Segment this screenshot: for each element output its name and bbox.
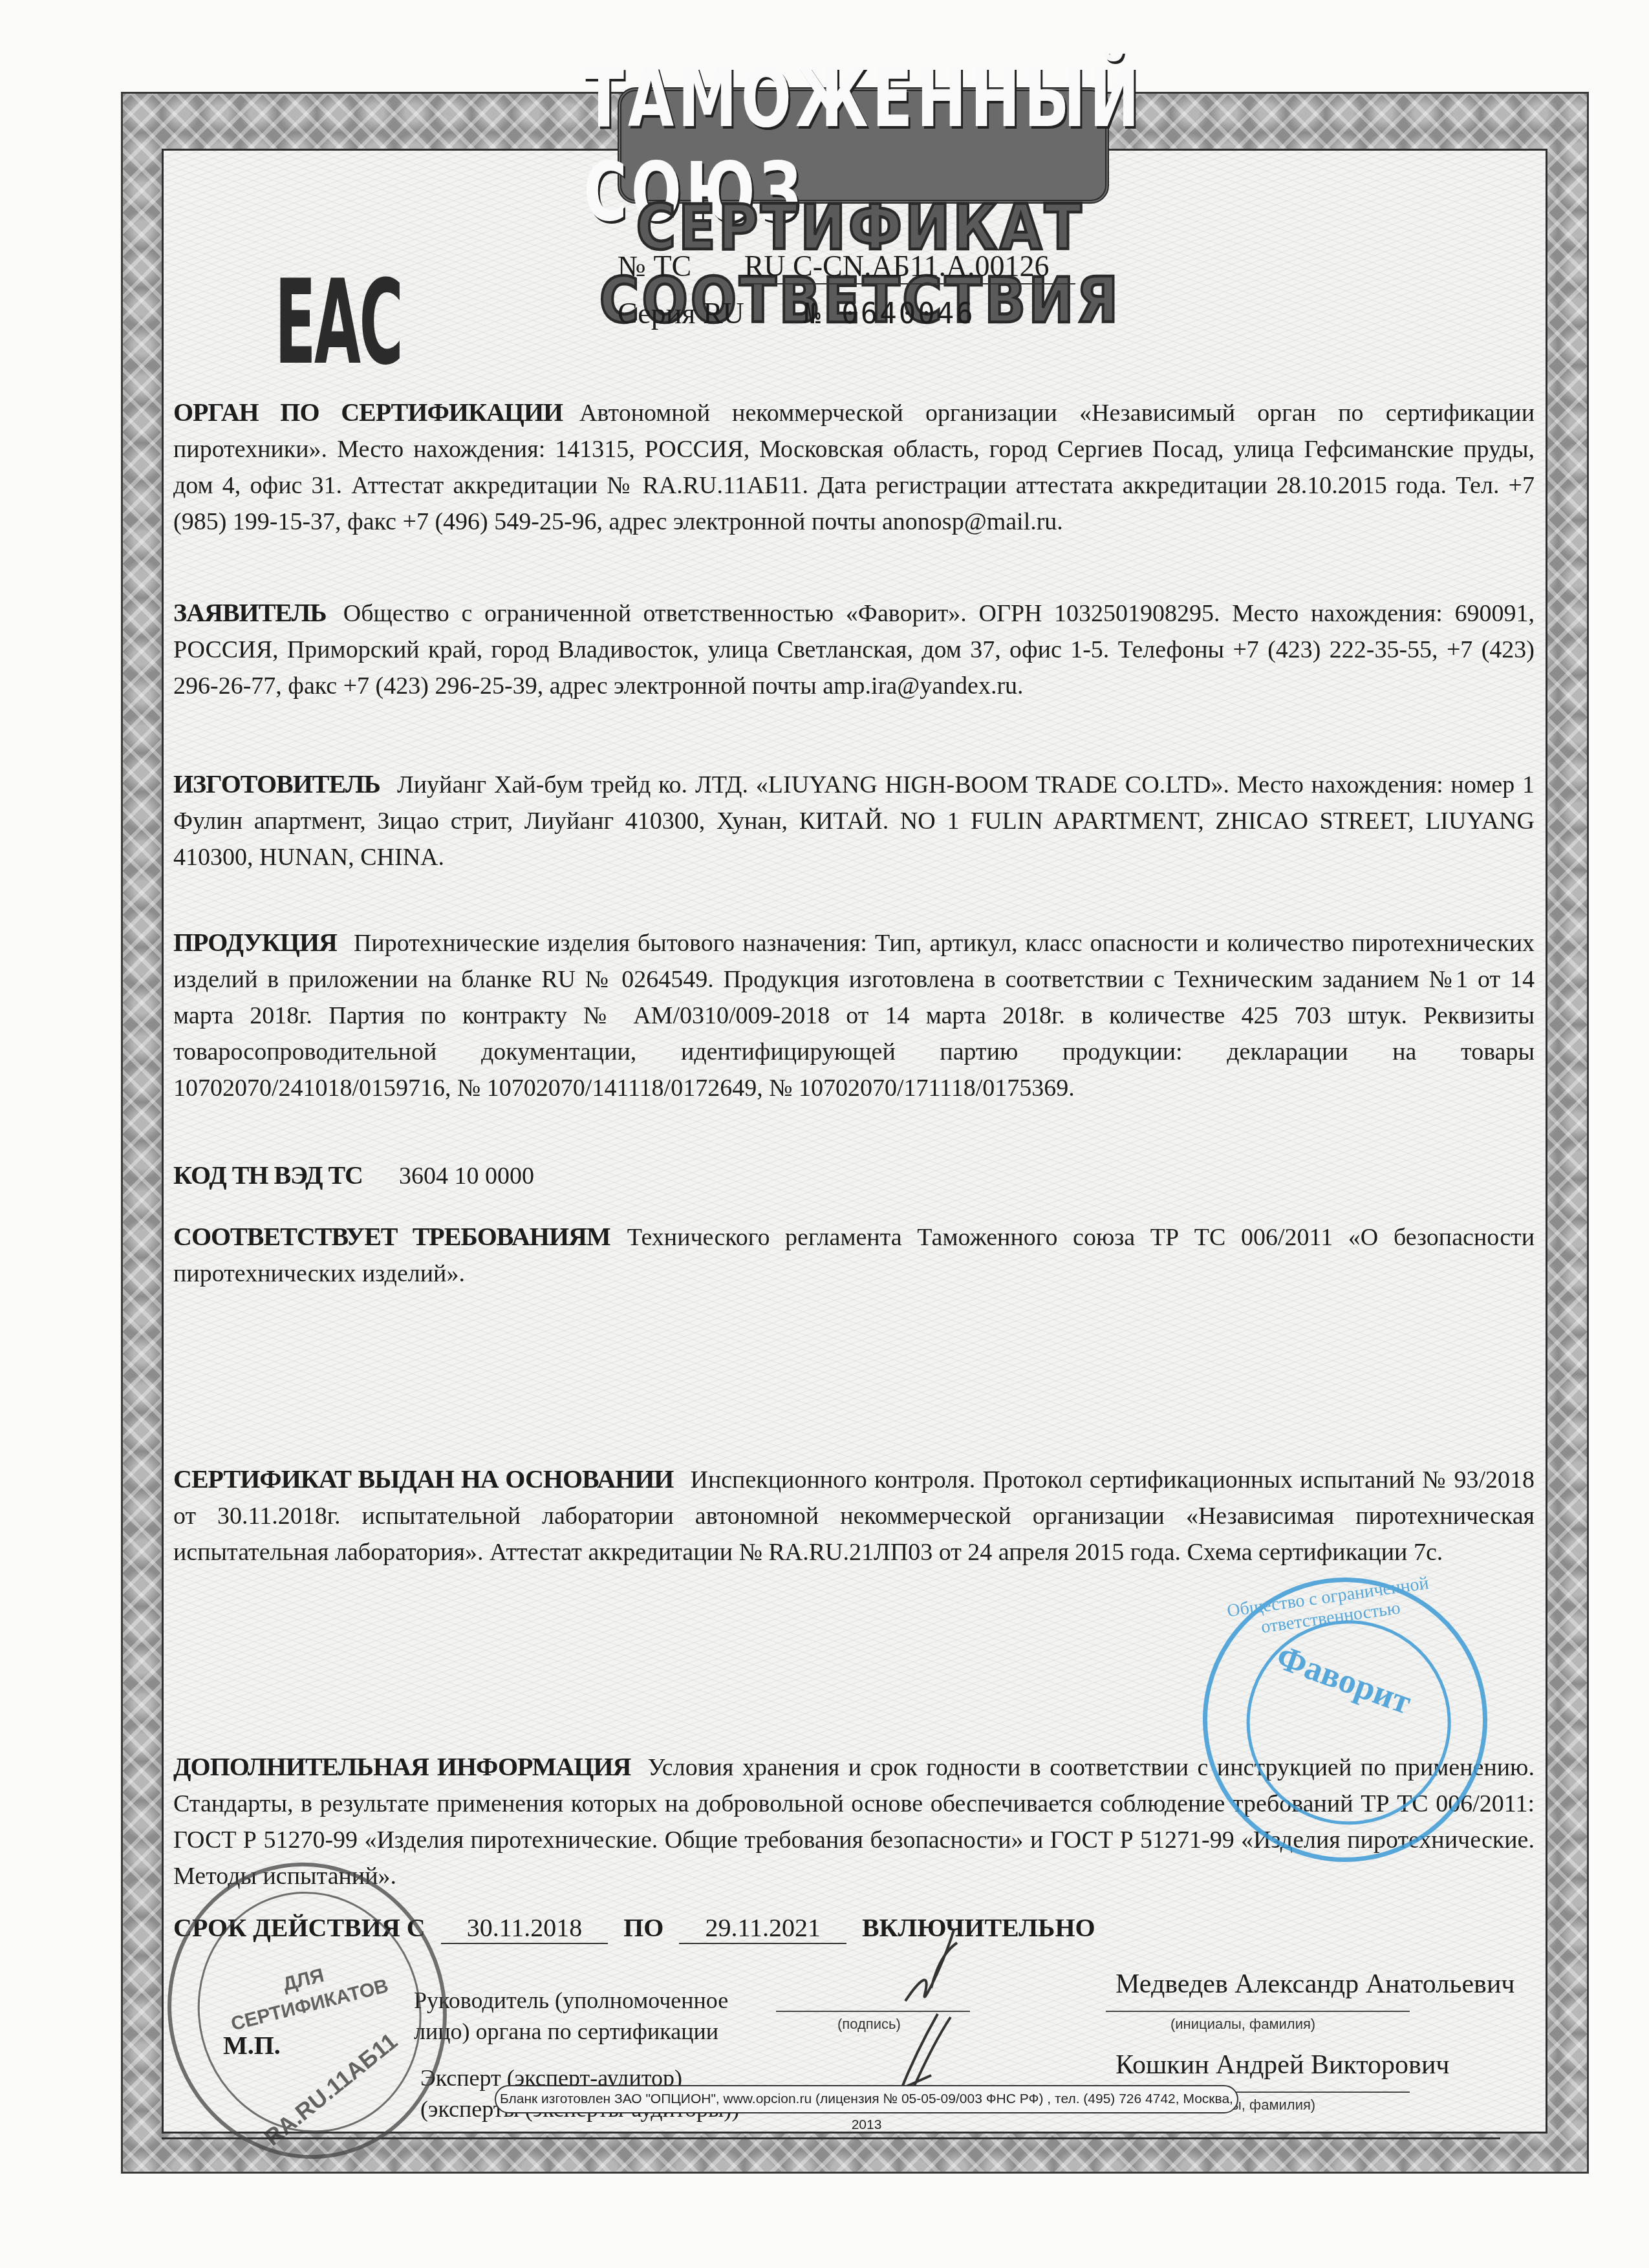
section-label: ДОПОЛНИТЕЛЬНАЯ ИНФОРМАЦИЯ [173, 1752, 630, 1781]
series-number: Серия RU № 0640046 [618, 296, 975, 330]
cert-number-label: № ТС [618, 250, 691, 283]
form-printer-note: Бланк изготовлен ЗАО "ОПЦИОН", www.opcio… [495, 2085, 1238, 2113]
validity-to-date: 29.11.2021 [679, 1912, 846, 1944]
section-label: СООТВЕТСТВУЕТ ТРЕБОВАНИЯМ [173, 1222, 610, 1251]
stamp-inner-ring [1233, 1607, 1464, 1838]
section-applicant: ЗАЯВИТЕЛЬОбщество с ограниченной ответст… [173, 595, 1535, 704]
customs-union-banner: ТАМОЖЕННЫЙ СОЮЗ [618, 87, 1109, 204]
section-text: Пиротехнические изделия бытового назначе… [173, 930, 1535, 1102]
expert-name: Кошкин Андрей Викторович [1115, 2049, 1450, 2081]
validity-from-date: 30.11.2018 [441, 1912, 609, 1944]
eac-mark-icon: ЕАС [275, 255, 402, 390]
section-certification-body: ОРГАН ПО СЕРТИФИКАЦИИАвтономной некоммер… [173, 394, 1535, 540]
section-compliance: СООТВЕТСТВУЕТ ТРЕБОВАНИЯМТехнического ре… [173, 1219, 1535, 1292]
section-label: ОРГАН ПО СЕРТИФИКАЦИИ [173, 398, 563, 427]
validity-to-label: ПО [623, 1913, 663, 1942]
section-label: СЕРТИФИКАТ ВЫДАН НА ОСНОВАНИИ [173, 1464, 673, 1493]
section-product: ПРОДУКЦИЯПиротехнические изделия бытовог… [173, 925, 1535, 1106]
head-name-caption: (инициалы, фамилия) [1170, 2016, 1315, 2033]
section-label: ЗАЯВИТЕЛЬ [173, 598, 327, 627]
head-label-line1: Руководитель (уполномоченное [414, 1985, 728, 2016]
seal-mark: М.П. [223, 2030, 281, 2060]
section-text: 3604 10 0000 [399, 1162, 534, 1190]
section-label: ПРОДУКЦИЯ [173, 928, 337, 957]
series-value: № 0640046 [803, 297, 975, 330]
head-label-line2: лицо) органа по сертификации [414, 2016, 728, 2047]
section-label: ИЗГОТОВИТЕЛЬ [173, 769, 380, 798]
head-signature-caption: (подпись) [837, 2016, 901, 2033]
section-label: КОД ТН ВЭД ТС [173, 1161, 363, 1190]
section-hs-code: КОД ТН ВЭД ТС3604 10 0000 [173, 1157, 1535, 1194]
series-label: Серия RU [618, 297, 744, 330]
head-signatory-label: Руководитель (уполномоченное лицо) орган… [414, 1985, 728, 2047]
certificate-number: № ТС RU C-CN.АБ11.А.00126 [618, 249, 1075, 284]
section-manufacturer: ИЗГОТОВИТЕЛЬЛиуйанг Хай-бум трейд ко. ЛТ… [173, 766, 1535, 875]
cert-number-value: RU C-CN.АБ11.А.00126 [744, 249, 1075, 284]
head-name-line [1106, 2011, 1410, 2012]
head-signature-icon [892, 1923, 964, 2014]
section-text: Общество с ограниченной ответственностью… [173, 600, 1535, 700]
section-basis: СЕРТИФИКАТ ВЫДАН НА ОСНОВАНИИИнспекционн… [173, 1461, 1535, 1570]
head-name: Медведев Александр Анатольевич [1115, 1969, 1515, 2000]
